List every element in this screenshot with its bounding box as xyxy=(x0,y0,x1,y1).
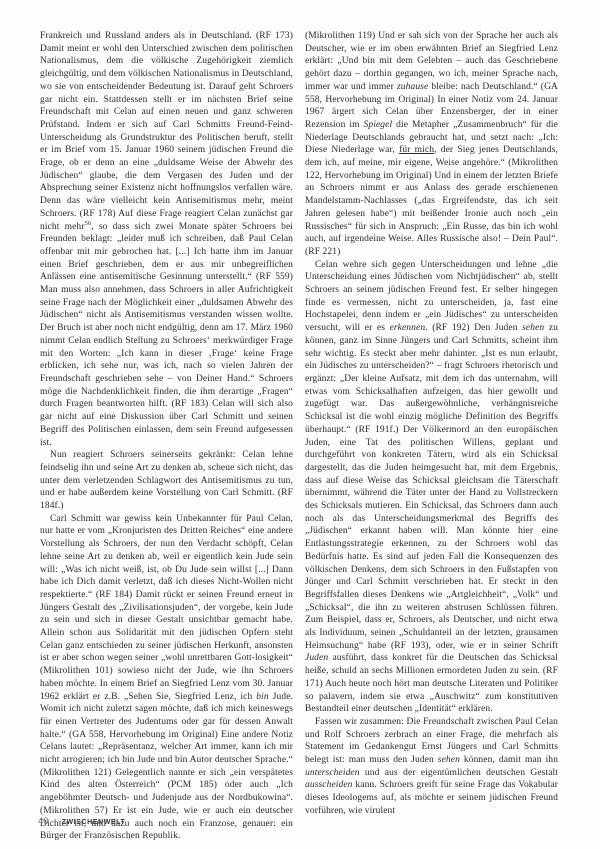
paragraph: Carl Schmitt war gewiss kein Unbekannter… xyxy=(40,513,293,843)
underlined-text: für mich xyxy=(399,145,434,155)
emphasized-text: ausscheiden xyxy=(305,780,353,790)
emphasized-text: erkennen xyxy=(390,323,426,333)
paragraph: Celan wehre sich gegen Unterscheidungen … xyxy=(305,259,558,716)
body-text: , so dass sich zwei Monate später Schroe… xyxy=(40,222,293,448)
emphasized-text: unterscheiden xyxy=(305,768,360,778)
body-text: Nun reagiert Schroers seinerseits gekrän… xyxy=(40,450,293,511)
body-text: . (RF 192) Den Juden xyxy=(425,323,522,333)
paragraph: Frankreich und Russland anders als in De… xyxy=(40,30,293,449)
article-body: Frankreich und Russland anders als in De… xyxy=(40,30,564,843)
paragraph: Fassen wir zusammen: Die Freundschaft zw… xyxy=(305,716,558,818)
body-text: Carl Schmitt war gewiss kein Unbekannter… xyxy=(40,514,293,702)
document-page: Frankreich und Russland anders als in De… xyxy=(0,0,600,849)
page-footer: 40 ZWISCHENWELT xyxy=(38,816,125,827)
text-column-left: Frankreich und Russland anders als in De… xyxy=(40,30,293,843)
body-text: zu können, ganz im Sinne Jüngers und Car… xyxy=(305,323,558,651)
paragraph: Nun reagiert Schroers seinerseits gekrän… xyxy=(40,449,293,513)
paragraph: (Mikrolithen 119) Und er sah sich von de… xyxy=(305,30,558,259)
emphasized-text: Juden xyxy=(305,653,328,663)
emphasized-text: sehen xyxy=(522,323,544,333)
journal-name: ZWISCHENWELT xyxy=(62,819,126,826)
body-text: und aus der eigentümlichen deutschen Ges… xyxy=(360,768,558,778)
body-text: Frankreich und Russland anders als in De… xyxy=(40,31,293,232)
text-column-right: (Mikrolithen 119) Und er sah sich von de… xyxy=(305,30,558,843)
body-text: ausführt, dass konkret für die Deutschen… xyxy=(305,653,558,714)
emphasized-text: zuhause xyxy=(397,82,428,92)
emphasized-text: Spiegel xyxy=(364,120,393,130)
emphasized-text: sehen xyxy=(438,755,460,765)
page-number: 40 xyxy=(38,816,49,827)
body-text: , der Sieg jenes Deutschlands, dem ich, … xyxy=(305,145,558,257)
emphasized-text: bin xyxy=(256,692,268,702)
body-text: können, damit man ihn xyxy=(460,755,558,765)
